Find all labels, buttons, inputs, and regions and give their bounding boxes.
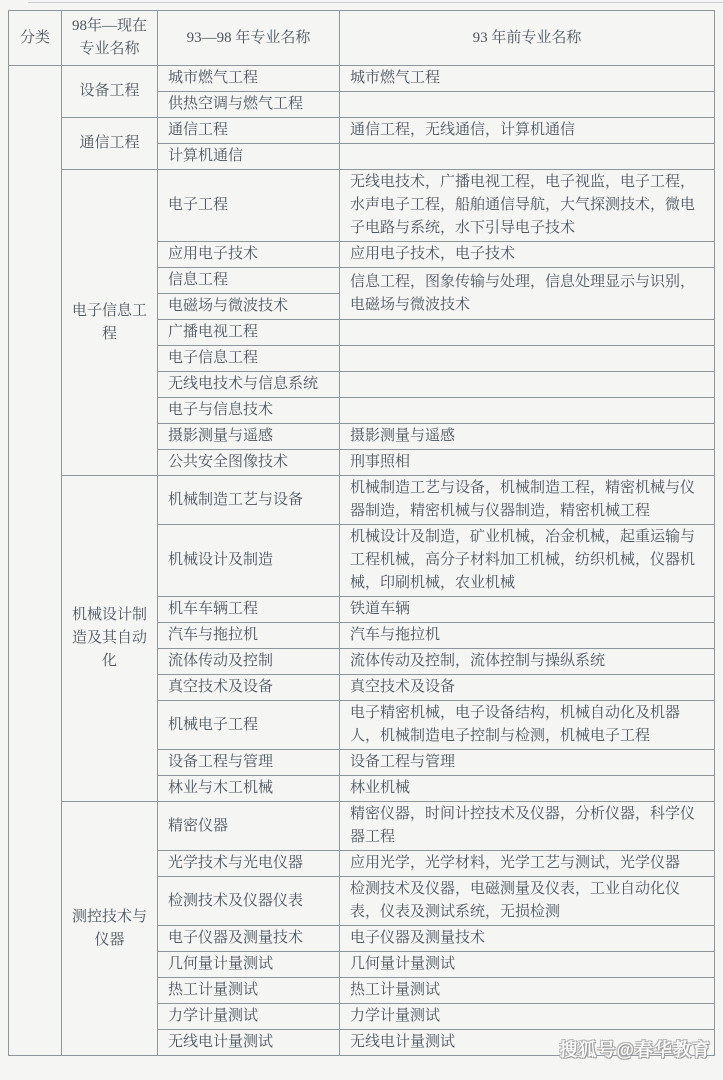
major-93-98-name-cell: 汽车与拖拉机 (158, 623, 340, 649)
major-93-98-name-cell: 公共安全图像技术 (158, 450, 340, 476)
major-93-98-name-cell: 设备工程与管理 (158, 750, 340, 776)
major-93-98-name-cell: 电子信息工程 (158, 346, 340, 372)
major-93-98-name-cell: 摄影测量与遥感 (158, 424, 340, 450)
major-93-98-name-cell: 电子仪器及测量技术 (158, 926, 340, 952)
major-pre-93-name-cell: 通信工程，无线通信，计算机通信 (340, 118, 715, 144)
table-row: 通信工程通信工程通信工程，无线通信，计算机通信 (9, 118, 715, 144)
major-93-98-name-cell: 流体传动及控制 (158, 649, 340, 675)
major-93-98-name-cell: 真空技术及设备 (158, 675, 340, 701)
major-93-98-name-cell: 电子工程 (158, 170, 340, 242)
major-pre-93-name-cell: 真空技术及设备 (340, 675, 715, 701)
major-93-98-name-cell: 电子与信息技术 (158, 398, 340, 424)
major-pre-93-name-cell: 电子仪器及测量技术 (340, 926, 715, 952)
major-93-98-name-cell: 机械制造工艺与设备 (158, 476, 340, 525)
major-pre-93-name-cell: 机械制造工艺与设备，机械制造工程，精密机械与仪器制造，精密机械与仪器制造，精密机… (340, 476, 715, 525)
major-mapping-table: 分类 98年—现在专业名称 93—98 年专业名称 93 年前专业名称 设备工程… (8, 10, 715, 1056)
major-pre-93-name-cell: 无线电技术，广播电视工程，电子视监，电子工程，水声电子工程，船舶通信导航，大气探… (340, 170, 715, 242)
major-93-98-name-cell: 城市燃气工程 (158, 66, 340, 92)
major-pre-93-name-cell: 铁道车辆 (340, 597, 715, 623)
major-pre-93-name-cell: 应用光学，光学材料，光学工艺与测试，光学仪器 (340, 851, 715, 877)
major-pre-93-name-cell: 机械设计及制造，矿业机械，冶金机械，起重运输与工程机械，高分子材料加工机械，纺织… (340, 525, 715, 597)
major-93-98-name-cell: 几何量计量测试 (158, 952, 340, 978)
major-93-98-name-cell: 广播电视工程 (158, 320, 340, 346)
group-name-cell: 通信工程 (62, 118, 158, 170)
watermark-text: 搜狐号@春华教育 (559, 1036, 711, 1062)
major-pre-93-name-cell: 林业机械 (340, 776, 715, 802)
major-93-98-name-cell: 光学技术与光电仪器 (158, 851, 340, 877)
major-pre-93-name-cell: 城市燃气工程 (340, 66, 715, 92)
major-93-98-name-cell: 林业与木工机械 (158, 776, 340, 802)
major-pre-93-name-cell: 信息工程，图象传输与处理，信息处理显示与识别，电磁场与微波技术 (340, 268, 715, 320)
major-pre-93-name-cell: 刑事照相 (340, 450, 715, 476)
group-name-cell: 设备工程 (62, 66, 158, 118)
major-93-98-name-cell: 热工计量测试 (158, 978, 340, 1004)
header-row: 分类 98年—现在专业名称 93—98 年专业名称 93 年前专业名称 (9, 11, 715, 66)
major-93-98-name-cell: 机械设计及制造 (158, 525, 340, 597)
major-pre-93-name-cell: 流体传动及控制，流体控制与操纵系统 (340, 649, 715, 675)
major-93-98-name-cell: 精密仪器 (158, 802, 340, 851)
table-row: 电子信息工程电子工程无线电技术，广播电视工程，电子视监，电子工程，水声电子工程，… (9, 170, 715, 242)
major-93-98-name-cell: 计算机通信 (158, 144, 340, 170)
major-pre-93-name-cell: 应用电子技术，电子技术 (340, 242, 715, 268)
major-93-98-name-cell: 无线电计量测试 (158, 1030, 340, 1056)
major-pre-93-name-cell: 检测技术及仪器，电磁测量及仪表，工业自动化仪表，仪表及测试系统，无损检测 (340, 877, 715, 926)
major-pre-93-name-cell: 设备工程与管理 (340, 750, 715, 776)
table-body: 设备工程城市燃气工程城市燃气工程供热空调与燃气工程通信工程通信工程通信工程，无线… (9, 66, 715, 1056)
group-name-cell: 电子信息工程 (62, 170, 158, 476)
table-row: 设备工程城市燃气工程城市燃气工程 (9, 66, 715, 92)
major-pre-93-name-cell: 摄影测量与遥感 (340, 424, 715, 450)
table-row: 机械设计制造及其自动化机械制造工艺与设备机械制造工艺与设备，机械制造工程，精密机… (9, 476, 715, 525)
header-93-98-major: 93—98 年专业名称 (158, 11, 340, 66)
major-93-98-name-cell: 供热空调与燃气工程 (158, 92, 340, 118)
cropped-row-edge (28, 2, 723, 3)
major-pre-93-name-cell: 电子精密机械，电子设备结构，机械自动化及机器人，机械制造电子控制与检测，机械电子… (340, 701, 715, 750)
category-body-cell (9, 66, 62, 1056)
major-pre-93-name-cell: 精密仪器，时间计控技术及仪器，分析仪器，科学仪器工程 (340, 802, 715, 851)
major-pre-93-name-cell (340, 144, 715, 170)
group-name-cell: 测控技术与仪器 (62, 802, 158, 1056)
major-pre-93-name-cell (340, 398, 715, 424)
major-93-98-name-cell: 检测技术及仪器仪表 (158, 877, 340, 926)
table-row: 测控技术与仪器精密仪器精密仪器，时间计控技术及仪器，分析仪器，科学仪器工程 (9, 802, 715, 851)
major-pre-93-name-cell (340, 92, 715, 118)
major-93-98-name-cell: 无线电技术与信息系统 (158, 372, 340, 398)
major-pre-93-name-cell (340, 346, 715, 372)
major-pre-93-name-cell: 力学计量测试 (340, 1004, 715, 1030)
major-93-98-name-cell: 机械电子工程 (158, 701, 340, 750)
major-93-98-name-cell: 通信工程 (158, 118, 340, 144)
header-current-major: 98年—现在专业名称 (62, 11, 158, 66)
major-93-98-name-cell: 信息工程 (158, 268, 340, 294)
header-pre-93-major: 93 年前专业名称 (340, 11, 715, 66)
major-93-98-name-cell: 应用电子技术 (158, 242, 340, 268)
major-pre-93-name-cell: 几何量计量测试 (340, 952, 715, 978)
header-category: 分类 (9, 11, 62, 66)
major-pre-93-name-cell: 热工计量测试 (340, 978, 715, 1004)
group-name-cell: 机械设计制造及其自动化 (62, 476, 158, 802)
major-93-98-name-cell: 机车车辆工程 (158, 597, 340, 623)
major-pre-93-name-cell (340, 372, 715, 398)
major-93-98-name-cell: 力学计量测试 (158, 1004, 340, 1030)
major-pre-93-name-cell (340, 320, 715, 346)
major-93-98-name-cell: 电磁场与微波技术 (158, 294, 340, 320)
major-pre-93-name-cell: 汽车与拖拉机 (340, 623, 715, 649)
